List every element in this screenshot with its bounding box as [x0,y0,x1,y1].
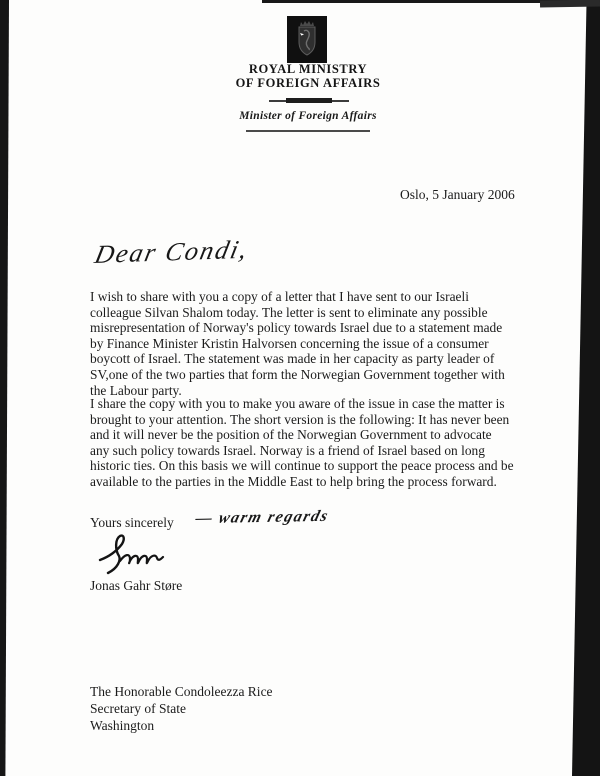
handwritten-warm-regards: — warm regards [193,508,331,528]
date-line: Oslo, 5 January 2006 [400,187,515,203]
ministry-name-line2: OF FOREIGN AFFAIRS [224,77,392,91]
scan-edge-top-corner [540,0,600,8]
minister-title-underline [246,130,370,132]
ministry-name-line1: ROYAL MINISTRY [224,63,392,77]
ministry-name: ROYAL MINISTRY OF FOREIGN AFFAIRS [224,63,392,90]
norwegian-royal-coat-of-arms-icon [287,16,327,63]
scan-edge-left [0,0,9,776]
recipient-address: The Honorable Condoleezza Rice Secretary… [90,683,273,734]
handwritten-salutation: Dear Condi, [92,235,252,270]
letter-page: ROYAL MINISTRY OF FOREIGN AFFAIRS Minist… [0,0,600,776]
scan-edge-right [572,0,600,776]
minister-title: Minister of Foreign Affairs [224,110,392,122]
body-paragraph-2: I share the copy with you to make you aw… [90,396,514,490]
recipient-line1: The Honorable Condoleezza Rice [90,683,273,700]
recipient-line2: Secretary of State [90,700,273,717]
valediction: Yours sincerely [90,515,174,531]
body-paragraph-1: I wish to share with you a copy of a let… [90,289,514,398]
handwritten-signature-scribble-icon [96,530,180,578]
signer-name: Jonas Gahr Støre [90,578,182,594]
letterhead-divider-block [286,98,332,103]
recipient-line3: Washington [90,717,273,734]
